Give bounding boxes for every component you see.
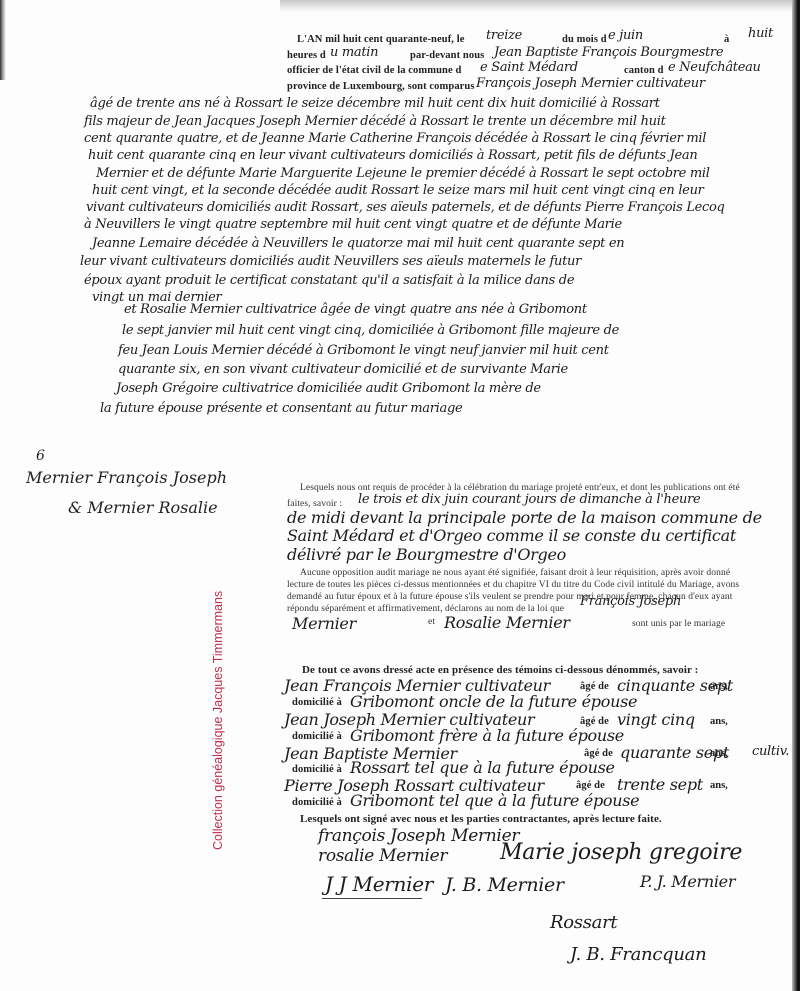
document-page: L'AN mil huit cent quarante-neuf, le tre… (0, 0, 800, 991)
groom-line: huit cent vingt, et la seconde décédée a… (92, 183, 704, 198)
witnesses-intro: De tout ce avons dressé acte en présence… (302, 664, 698, 676)
groom-line: fils majeur de Jean Jacques Joseph Merni… (84, 114, 666, 129)
signature-witness: J. B. Mernier (445, 874, 564, 896)
witness-extra: cultiv. (752, 744, 789, 759)
declaration-hand-bride: Rosalie Mernier (444, 613, 570, 632)
signature-witness: J J Mernier (325, 872, 433, 896)
witness-domicile-label: domicilié à (292, 731, 342, 742)
declaration-print: lecture de toutes les pièces ci-dessus m… (287, 580, 739, 590)
header-hand-officer: Jean Baptiste François Bourgmestre (494, 45, 723, 60)
header-hand-time: u matin (330, 45, 378, 60)
publications-hand: de midi devant la principale porte de la… (287, 508, 762, 527)
header-hand-hour: huit (748, 26, 773, 41)
header-hand-commune: e Saint Médard (480, 60, 578, 75)
groom-line: cent quarante quatre, et de Jeanne Marie… (84, 131, 706, 146)
witness-years-label: ans, (710, 681, 728, 692)
bride-line: le sept janvier mil huit cent vingt cinq… (122, 323, 619, 338)
declaration-print: Aucune opposition audit mariage ne nous … (300, 568, 730, 578)
bride-line: et Rosalie Mernier cultivatrice âgée de … (124, 302, 587, 317)
witness-domicile-label: domicilié à (292, 697, 342, 708)
margin-name-bride: & Mernier Rosalie (68, 498, 218, 517)
watermark-collection: Collection généalogique Jacques Timmerma… (211, 591, 225, 850)
declaration-print-end: sont unis par le mariage (632, 619, 725, 629)
groom-line: âgé de trente ans né à Rossart le seize … (90, 96, 660, 111)
signature-witness: P. J. Mernier (640, 872, 735, 891)
header-print-1b: du mois d (562, 34, 607, 45)
declaration-print-et: et (428, 617, 435, 627)
entry-number: 6 (36, 448, 45, 464)
bride-line: quarante six, en son vivant cultivateur … (118, 362, 568, 377)
publications-hand: Saint Médard et d'Orgeo comme il se cons… (287, 526, 736, 545)
header-print-3a: officier de l'état civil de la commune d (287, 65, 461, 76)
groom-line: époux ayant produit le certificat consta… (84, 273, 574, 288)
declaration-hand-groom-a: François Joseph (580, 594, 681, 609)
witness-years-label: ans, (710, 716, 728, 727)
groom-line: Mernier et de défunte Marie Marguerite L… (96, 166, 710, 181)
witness-years-label: ans, (710, 780, 728, 791)
declaration-hand-groom-b: Mernier (292, 614, 356, 633)
witness-domicile: Gribomont tel que à la future épouse (350, 791, 639, 810)
groom-line: huit cent quarante cinq en leur vivant c… (88, 148, 697, 163)
margin-name-groom: Mernier François Joseph (26, 468, 227, 487)
signature-mother: Marie joseph gregoire (500, 840, 742, 865)
header-print-4: province de Luxembourg, sont comparus (287, 81, 475, 92)
groom-line: vivant cultivateurs domiciliés audit Ros… (86, 200, 725, 215)
witness-domicile: Gribomont oncle de la future épouse (350, 692, 637, 711)
scan-edge-left (0, 0, 6, 80)
header-print-2a: heures d (287, 50, 326, 61)
witness-years-label: ans, (710, 748, 728, 759)
header-print-1a: L'AN mil huit cent quarante-neuf, le (297, 34, 465, 45)
header-print-2b: par-devant nous (410, 50, 484, 61)
witness-domicile-label: domicilié à (292, 797, 342, 808)
witness-age-label: âgé de (576, 780, 605, 791)
groom-line: à Neuvillers le vingt quatre septembre m… (84, 217, 622, 232)
header-print-1c: à (724, 34, 729, 45)
signature-groom: françois Joseph Mernier (318, 826, 519, 846)
groom-line: leur vivant cultivateurs domiciliés audi… (80, 254, 581, 269)
witnesses-closing: Lesquels ont signé avec nous et les part… (300, 813, 662, 825)
signature-witness: Rossart (550, 912, 617, 933)
header-hand-day: treize (486, 28, 522, 43)
signature-flourish (322, 898, 422, 899)
groom-line: Jeanne Lemaire décédée à Neuvillers le q… (92, 236, 624, 251)
witness-domicile-label: domicilié à (292, 764, 342, 775)
publications-hand: délivré par le Bourgmestre d'Orgeo (287, 545, 566, 564)
witness-domicile: Gribomont frère à la future épouse (350, 726, 624, 745)
bride-line: la future épouse présente et consentant … (100, 401, 462, 416)
witness-age: vingt cinq (617, 710, 695, 729)
header-hand-groom: François Joseph Mernier cultivateur (476, 76, 705, 91)
publications-hand: le trois et dix juin courant jours de di… (358, 492, 700, 507)
witness-domicile: Rossart tel que à la future épouse (350, 758, 615, 777)
scan-shadow-top (280, 0, 800, 12)
header-print-3b: canton d (624, 65, 664, 76)
witness-age-label: âgé de (580, 681, 609, 692)
bride-line: Joseph Grégoire cultivatrice domiciliée … (116, 381, 541, 396)
signature-bride: rosalie Mernier (318, 846, 447, 866)
signature-officer: J. B. Francquan (570, 944, 706, 965)
header-hand-canton: e Neufchâteau (668, 60, 761, 75)
scan-edge-right (792, 0, 800, 991)
bride-line: feu Jean Louis Mernier décédé à Gribomon… (118, 343, 609, 358)
header-hand-month: e juin (608, 28, 643, 43)
